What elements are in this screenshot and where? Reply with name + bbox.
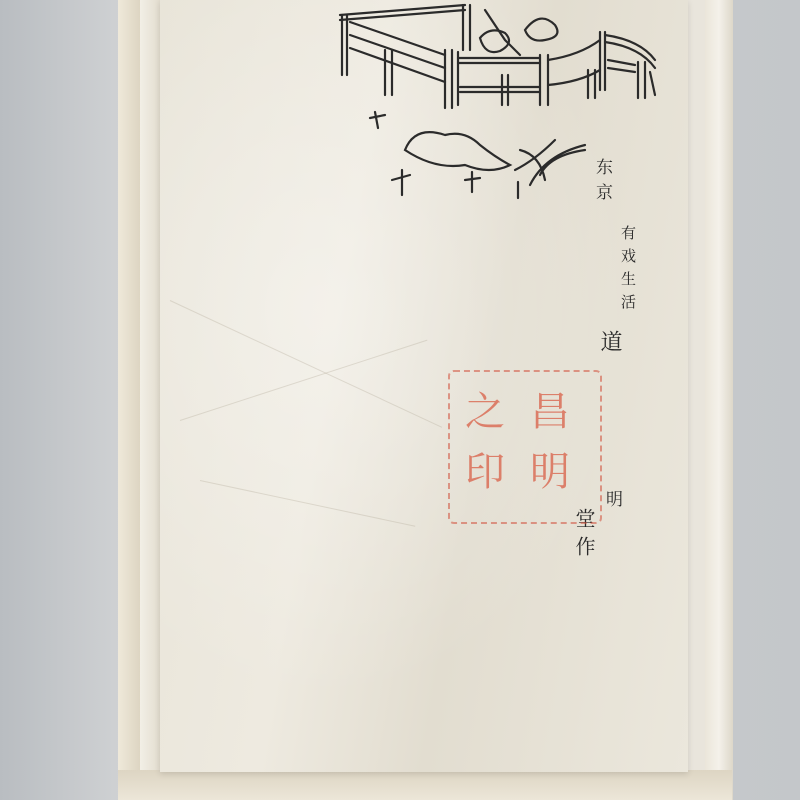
- red-seal-stamp: 昌 明 之 印: [448, 370, 602, 524]
- seal-glyph: 印: [465, 452, 505, 492]
- inscription-column-2: 有戏生活: [618, 225, 639, 317]
- paper-crease: [200, 480, 415, 527]
- box-inner-left-wall: [140, 0, 160, 770]
- seal-glyph: 明: [530, 452, 570, 492]
- seal-glyph: 之: [465, 392, 505, 432]
- paper-crease: [180, 340, 428, 421]
- fence-garden-illustration: [330, 0, 670, 200]
- box-inner-right-wall: [688, 0, 706, 785]
- inscription-column-3: 道: [594, 330, 625, 360]
- paper-crease: [170, 300, 442, 428]
- box-bottom-wall: [118, 770, 732, 800]
- box-left-wall: [118, 0, 140, 800]
- seal-glyph: 昌: [530, 392, 570, 432]
- inscription-column-1: 东京: [590, 158, 615, 208]
- inscription-column-4: 明: [600, 490, 625, 515]
- box-right-wall: [705, 0, 733, 800]
